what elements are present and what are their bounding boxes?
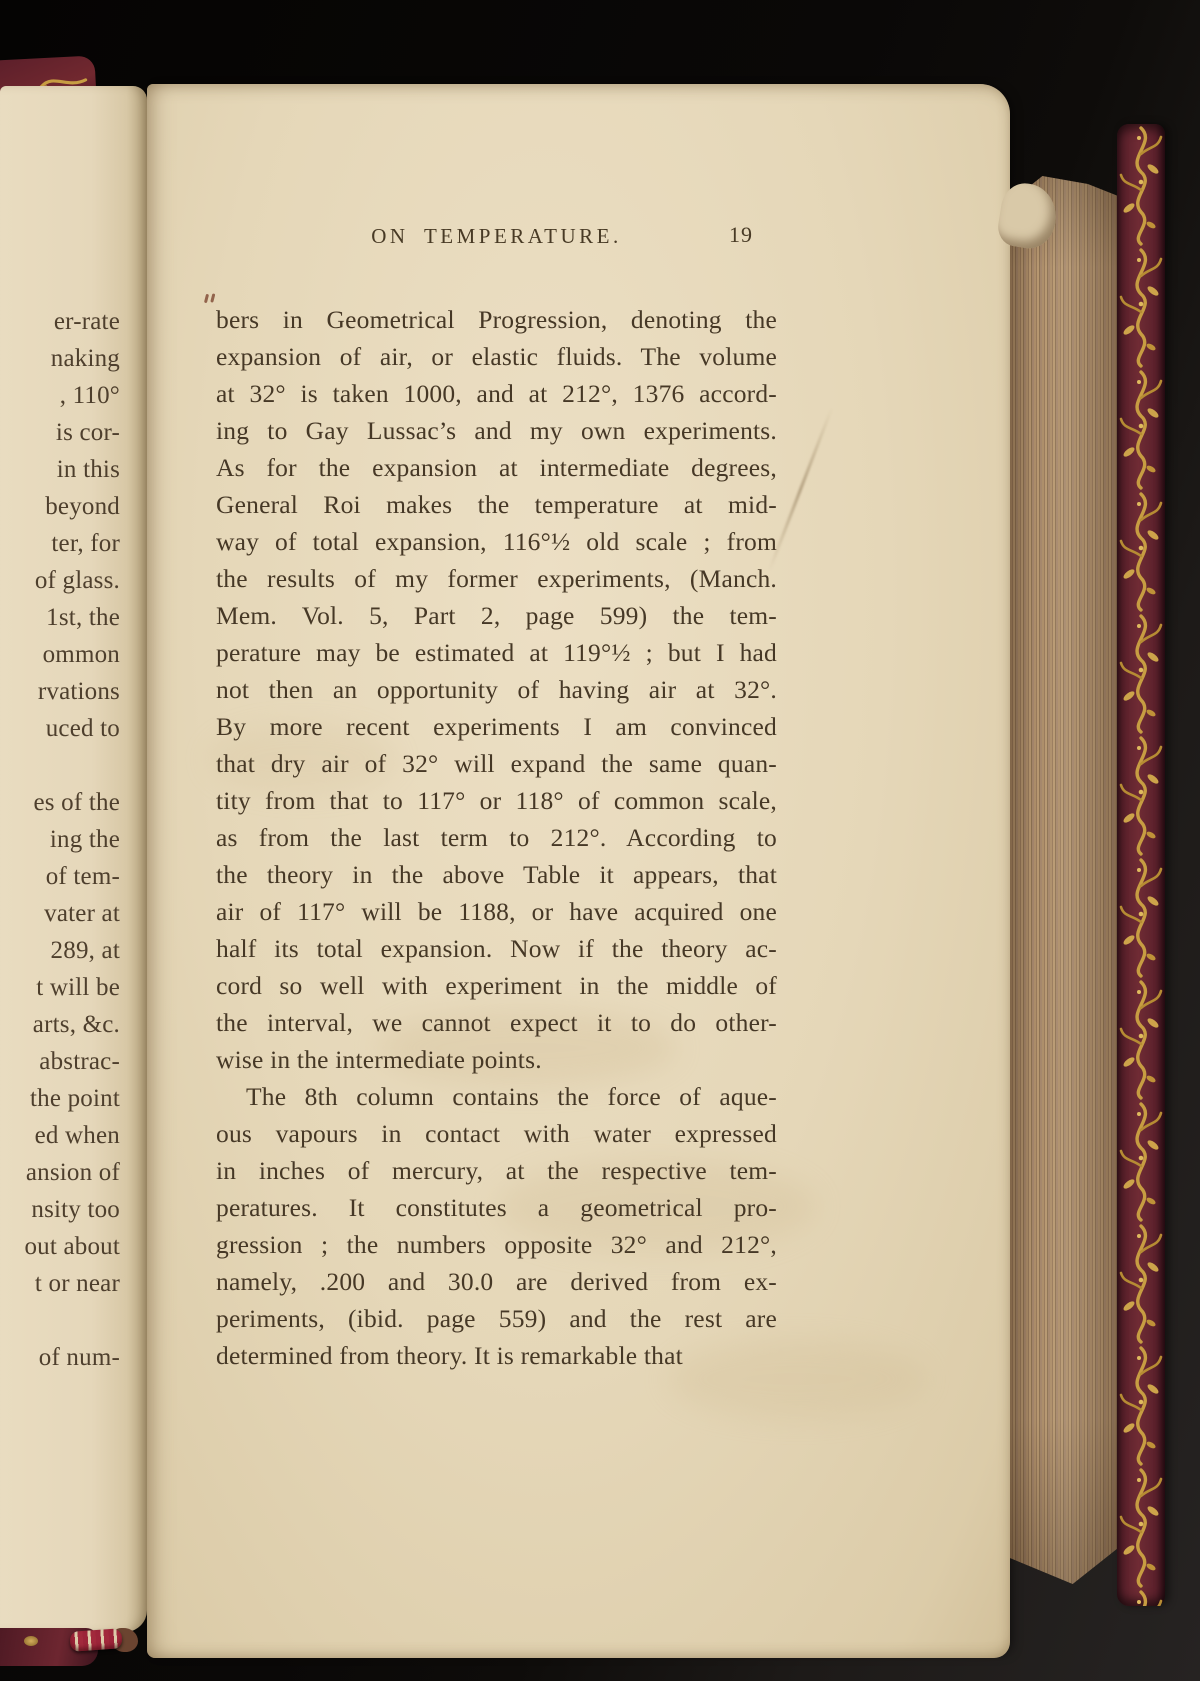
text-line: General Roi makes the temperature at mid… — [216, 486, 777, 523]
left-fragment-line: er-rate — [0, 303, 120, 340]
left-fragment-line: abstrac- — [0, 1043, 120, 1080]
text-line: namely, .200 and 30.0 are derived from e… — [216, 1263, 777, 1300]
text-line: As for the expansion at intermediate deg… — [216, 449, 777, 486]
text-line: perature may be estimated at 119°½ ; but… — [216, 634, 777, 671]
text-line: in inches of mercury, at the respective … — [216, 1152, 777, 1189]
gold-tooling-dot — [24, 1636, 38, 1646]
left-fragment-line: ommon — [0, 636, 120, 673]
text-line: wise in the intermediate points. — [216, 1041, 777, 1078]
main-text-block: bers in Geometrical Progression, denotin… — [216, 301, 777, 1374]
left-fragment-line: rvations — [0, 673, 120, 710]
left-page-edge: er-ratenaking, 110°is cor-in thisbeyondt… — [0, 86, 147, 1632]
text-line: way of total expansion, 116°½ old scale … — [216, 523, 777, 560]
text-line: that dry air of 32° will expand the same… — [216, 745, 777, 782]
text-line: bers in Geometrical Progression, denotin… — [216, 301, 777, 338]
left-fragment-line: uced to — [0, 710, 120, 747]
left-fragment-line: the point — [0, 1080, 120, 1117]
left-page-text-fragments: er-ratenaking, 110°is cor-in thisbeyondt… — [0, 303, 120, 1376]
left-fragment-line: , 110° — [0, 377, 120, 414]
left-fragment-line: is cor- — [0, 414, 120, 451]
left-fragment-line: ed when — [0, 1117, 120, 1154]
left-fragment-line: out about — [0, 1228, 120, 1265]
left-fragment-line: nsity too — [0, 1191, 120, 1228]
text-line: air of 117° will be 1188, or have acquir… — [216, 893, 777, 930]
page-crease — [768, 407, 834, 571]
left-fragment-line: of tem- — [0, 858, 120, 895]
right-page: ON TEMPERATURE. 19 bers in Geometrical P… — [147, 84, 1010, 1658]
left-fragment-line: ter, for — [0, 525, 120, 562]
front-cover-gilt-border — [1117, 124, 1165, 1606]
book-fore-edge-pages — [1010, 150, 1118, 1624]
text-line: ing to Gay Lussac’s and my own experimen… — [216, 412, 777, 449]
text-line: the theory in the above Table it appears… — [216, 856, 777, 893]
text-line: determined from theory. It is remarkable… — [216, 1337, 777, 1374]
gold-vine-tooling — [1117, 124, 1165, 1606]
text-line: periments, (ibid. page 559) and the rest… — [216, 1300, 777, 1337]
text-line: tity from that to 117° or 118° of common… — [216, 782, 777, 819]
ink-mark — [204, 294, 209, 303]
book-photograph: er-ratenaking, 110°is cor-in thisbeyondt… — [0, 0, 1200, 1681]
left-fragment-line: of num- — [0, 1339, 120, 1376]
left-fragment-line — [0, 747, 120, 784]
text-line: half its total expansion. Now if the the… — [216, 930, 777, 967]
headband — [69, 1628, 122, 1652]
text-line: By more recent experiments I am convince… — [216, 708, 777, 745]
left-fragment-line: t or near — [0, 1265, 120, 1302]
left-fragment-line: es of the — [0, 784, 120, 821]
left-fragment-line: naking — [0, 340, 120, 377]
text-line: the results of my former experiments, (M… — [216, 560, 777, 597]
left-fragment-line: arts, &c. — [0, 1006, 120, 1043]
left-fragment-line: vater at — [0, 895, 120, 932]
text-line: at 32° is taken 1000, and at 212°, 1376 … — [216, 375, 777, 412]
text-line: The 8th column contains the force of aqu… — [216, 1078, 777, 1115]
left-fragment-line: t will be — [0, 969, 120, 1006]
page-number: 19 — [729, 222, 753, 248]
text-line: Mem. Vol. 5, Part 2, page 599) the tem- — [216, 597, 777, 634]
left-fragment-line: beyond — [0, 488, 120, 525]
text-line: the interval, we cannot expect it to do … — [216, 1004, 777, 1041]
running-header-row: ON TEMPERATURE. 19 — [216, 224, 777, 249]
left-fragment-line: 289, at — [0, 932, 120, 969]
text-line: not then an opportunity of having air at… — [216, 671, 777, 708]
text-line: peratures. It constitutes a geometrical … — [216, 1189, 777, 1226]
left-fragment-line: ing the — [0, 821, 120, 858]
left-fragment-line: of glass. — [0, 562, 120, 599]
text-line: as from the last term to 212°. According… — [216, 819, 777, 856]
text-line: ous vapours in contact with water expres… — [216, 1115, 777, 1152]
text-line: cord so well with experiment in the midd… — [216, 967, 777, 1004]
running-header: ON TEMPERATURE. — [371, 224, 621, 248]
left-fragment-line: in this — [0, 451, 120, 488]
left-fragment-line: 1st, the — [0, 599, 120, 636]
text-line: expansion of air, or elastic fluids. The… — [216, 338, 777, 375]
left-fragment-line — [0, 1302, 120, 1339]
text-line: gression ; the numbers opposite 32° and … — [216, 1226, 777, 1263]
left-fragment-line: ansion of — [0, 1154, 120, 1191]
